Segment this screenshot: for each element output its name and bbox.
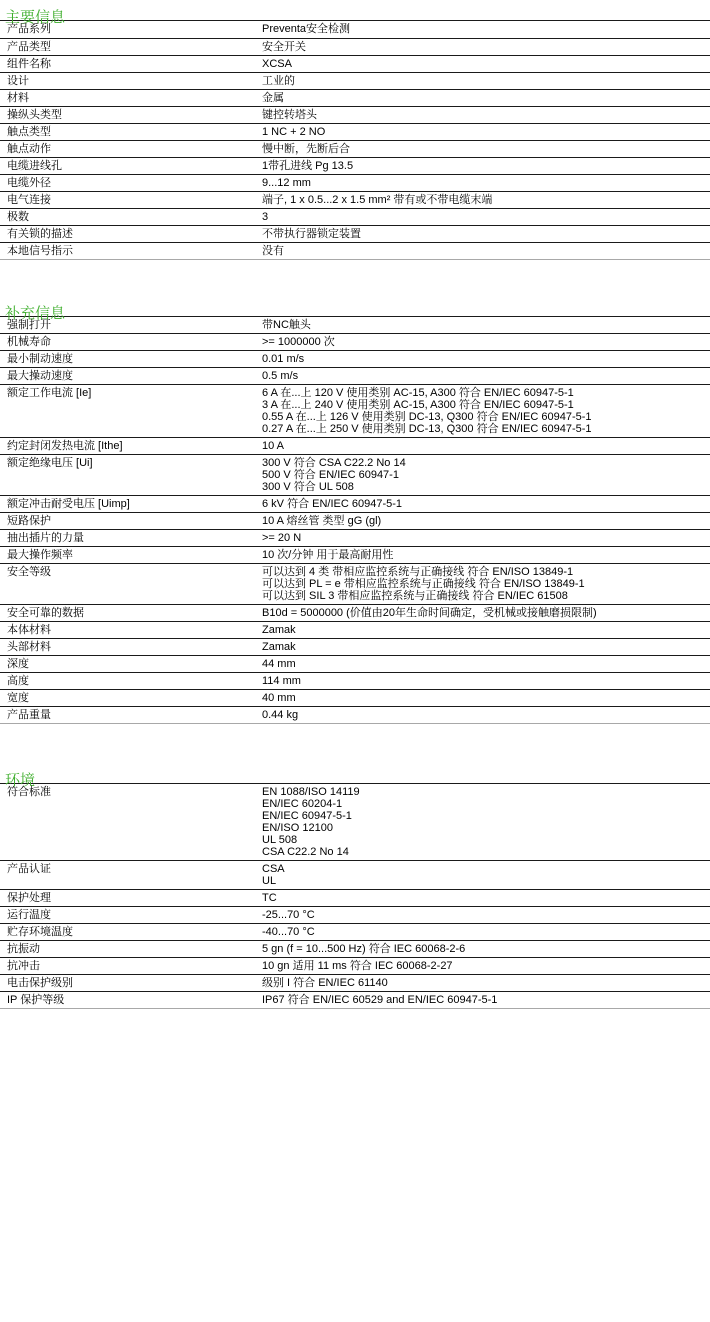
spec-value-line: >= 1000000 次 xyxy=(262,336,710,348)
spec-value-line: 500 V 符合 EN/IEC 60947-1 xyxy=(262,469,710,481)
spec-value: Zamak xyxy=(262,639,710,656)
table-row: 电缆进线孔1带孔进线 Pg 13.5 xyxy=(0,157,710,174)
section-title: 主要信息 xyxy=(0,0,710,21)
spec-value: CSAUL xyxy=(262,861,710,890)
spec-value: 端子, 1 x 0.5...2 x 1.5 mm² 带有或不带电缆末端 xyxy=(262,191,710,208)
spec-value-line: EN/IEC 60204-1 xyxy=(262,798,710,810)
table-row: 最小制动速度0.01 m/s xyxy=(0,351,710,368)
spec-label: 产品类型 xyxy=(0,38,262,55)
spec-label: 头部材料 xyxy=(0,639,262,656)
spec-label: 抗冲击 xyxy=(0,958,262,975)
spec-value-line: 10 gn 适用 11 ms 符合 IEC 60068-2-27 xyxy=(262,960,710,972)
spec-value: Preventa安全检测 xyxy=(262,21,710,38)
spec-value: >= 20 N xyxy=(262,530,710,547)
spec-value-line: 0.44 kg xyxy=(262,709,710,721)
spec-value-line: 3 xyxy=(262,211,710,223)
table-row: 头部材料Zamak xyxy=(0,639,710,656)
spec-value: B10d = 5000000 (价值由20年生命时间确定，受机械或接触磨损限制) xyxy=(262,605,710,622)
table-row: 额定绝缘电压 [Ui]300 V 符合 CSA C22.2 No 14500 V… xyxy=(0,455,710,496)
spec-value-line: 不带执行器锁定装置 xyxy=(262,228,710,240)
table-row: 强制打开带NC触头 xyxy=(0,317,710,334)
spec-label: 运行温度 xyxy=(0,907,262,924)
spec-value-line: 6 kV 符合 EN/IEC 60947-5-1 xyxy=(262,498,710,510)
spec-label: 贮存环境温度 xyxy=(0,924,262,941)
table-row: 额定工作电流 [Ie]6 A 在...上 120 V 使用类别 AC-15, A… xyxy=(0,385,710,438)
spec-value-line: 0.55 A 在...上 126 V 使用类别 DC-13, Q300 符合 E… xyxy=(262,411,710,423)
table-row: 机械寿命>= 1000000 次 xyxy=(0,334,710,351)
table-row: 短路保护10 A 熔丝管 类型 gG (gl) xyxy=(0,513,710,530)
spec-label: 电击保护级别 xyxy=(0,975,262,992)
spec-label: 产品认证 xyxy=(0,861,262,890)
spec-value: 0.44 kg xyxy=(262,707,710,724)
table-row: 本体材料Zamak xyxy=(0,622,710,639)
spec-value: 带NC触头 xyxy=(262,317,710,334)
table-row: 贮存环境温度-40...70 °C xyxy=(0,924,710,941)
spec-value: XCSA xyxy=(262,55,710,72)
spec-label: 安全可靠的数据 xyxy=(0,605,262,622)
table-row: 宽度40 mm xyxy=(0,690,710,707)
section-title: 补充信息 xyxy=(0,296,710,317)
spec-value-line: Zamak xyxy=(262,624,710,636)
spec-label: 机械寿命 xyxy=(0,334,262,351)
spec-value: 慢中断，先断后合 xyxy=(262,140,710,157)
spec-value: 没有 xyxy=(262,242,710,259)
spec-label: 最大操作频率 xyxy=(0,547,262,564)
spec-value-line: -25...70 °C xyxy=(262,909,710,921)
spec-label: 符合标准 xyxy=(0,784,262,861)
table-row: 电击保护级别级别 I 符合 EN/IEC 61140 xyxy=(0,975,710,992)
spec-value: 6 kV 符合 EN/IEC 60947-5-1 xyxy=(262,496,710,513)
section-supplementary-info: 补充信息强制打开带NC触头机械寿命>= 1000000 次最小制动速度0.01 … xyxy=(0,296,710,725)
table-row: 深度44 mm xyxy=(0,656,710,673)
spec-label: 额定绝缘电压 [Ui] xyxy=(0,455,262,496)
spec-value-line: TC xyxy=(262,892,710,904)
spec-value: 40 mm xyxy=(262,690,710,707)
spec-label: 抗振动 xyxy=(0,941,262,958)
spec-value-line: 金属 xyxy=(262,92,710,104)
table-row: 产品认证CSAUL xyxy=(0,861,710,890)
spec-value-line: 工业的 xyxy=(262,75,710,87)
spec-value: 300 V 符合 CSA C22.2 No 14500 V 符合 EN/IEC … xyxy=(262,455,710,496)
table-row: 电气连接端子, 1 x 0.5...2 x 1.5 mm² 带有或不带电缆末端 xyxy=(0,191,710,208)
spec-value-line: 1带孔进线 Pg 13.5 xyxy=(262,160,710,172)
spec-label: 产品系列 xyxy=(0,21,262,38)
spec-value-line: 5 gn (f = 10...500 Hz) 符合 IEC 60068-2-6 xyxy=(262,943,710,955)
spec-value-line: 慢中断，先断后合 xyxy=(262,143,710,155)
table-row: 设计工业的 xyxy=(0,72,710,89)
table-row: 抗振动5 gn (f = 10...500 Hz) 符合 IEC 60068-2… xyxy=(0,941,710,958)
spec-table: 产品系列Preventa安全检测产品类型安全开关组件名称XCSA设计工业的材料金… xyxy=(0,21,710,260)
spec-value-line: IP67 符合 EN/IEC 60529 and EN/IEC 60947-5-… xyxy=(262,994,710,1006)
spec-value-line: 1 NC + 2 NO xyxy=(262,126,710,138)
spec-label: 本体材料 xyxy=(0,622,262,639)
spec-value-line: 可以达到 PL = e 带相应监控系统与正确接线 符合 EN/ISO 13849… xyxy=(262,578,710,590)
spec-value-line: 0.01 m/s xyxy=(262,353,710,365)
spec-value-line: 40 mm xyxy=(262,692,710,704)
spec-value-line: 44 mm xyxy=(262,658,710,670)
spec-label: 强制打开 xyxy=(0,317,262,334)
spec-value-line: 可以达到 4 类 带相应监控系统与正确接线 符合 EN/ISO 13849-1 xyxy=(262,566,710,578)
spec-label: 产品重量 xyxy=(0,707,262,724)
spec-value-line: CSA C22.2 No 14 xyxy=(262,846,710,858)
spec-value: 可以达到 4 类 带相应监控系统与正确接线 符合 EN/ISO 13849-1可… xyxy=(262,564,710,605)
spec-value: 10 A xyxy=(262,438,710,455)
table-row: 运行温度-25...70 °C xyxy=(0,907,710,924)
spec-label: 额定工作电流 [Ie] xyxy=(0,385,262,438)
spec-value-line: 3 A 在...上 240 V 使用类别 AC-15, A300 符合 EN/I… xyxy=(262,399,710,411)
spec-label: 安全等级 xyxy=(0,564,262,605)
spec-value: 安全开关 xyxy=(262,38,710,55)
spec-value: 5 gn (f = 10...500 Hz) 符合 IEC 60068-2-6 xyxy=(262,941,710,958)
table-row: 产品类型安全开关 xyxy=(0,38,710,55)
spec-value: TC xyxy=(262,890,710,907)
spec-value: EN 1088/ISO 14119EN/IEC 60204-1EN/IEC 60… xyxy=(262,784,710,861)
spec-value: 9...12 mm xyxy=(262,174,710,191)
spec-label: 触点动作 xyxy=(0,140,262,157)
table-row: 安全可靠的数据B10d = 5000000 (价值由20年生命时间确定，受机械或… xyxy=(0,605,710,622)
spec-value-line: 10 A 熔丝管 类型 gG (gl) xyxy=(262,515,710,527)
spec-value-line: -40...70 °C xyxy=(262,926,710,938)
spec-value-line: 可以达到 SIL 3 带相应监控系统与正确接线 符合 EN/IEC 61508 xyxy=(262,590,710,602)
spec-value-line: 0.27 A 在...上 250 V 使用类别 DC-13, Q300 符合 E… xyxy=(262,423,710,435)
table-row: 额定冲击耐受电压 [Uimp]6 kV 符合 EN/IEC 60947-5-1 xyxy=(0,496,710,513)
spec-label: 组件名称 xyxy=(0,55,262,72)
table-row: 材料金属 xyxy=(0,89,710,106)
spec-label: 最小制动速度 xyxy=(0,351,262,368)
spec-value-line: 6 A 在...上 120 V 使用类别 AC-15, A300 符合 EN/I… xyxy=(262,387,710,399)
table-row: 最大操作频率10 次/分钟 用于最高耐用性 xyxy=(0,547,710,564)
spec-label: 材料 xyxy=(0,89,262,106)
spec-label: 设计 xyxy=(0,72,262,89)
spec-label: 电缆外径 xyxy=(0,174,262,191)
spec-label: 额定冲击耐受电压 [Uimp] xyxy=(0,496,262,513)
table-row: 电缆外径9...12 mm xyxy=(0,174,710,191)
spec-value: 金属 xyxy=(262,89,710,106)
spec-table: 符合标准EN 1088/ISO 14119EN/IEC 60204-1EN/IE… xyxy=(0,784,710,1009)
spec-label: 电气连接 xyxy=(0,191,262,208)
spec-value: 工业的 xyxy=(262,72,710,89)
spec-value-line: 10 A xyxy=(262,440,710,452)
spec-value: 1 NC + 2 NO xyxy=(262,123,710,140)
table-row: 抽出插片的力量>= 20 N xyxy=(0,530,710,547)
spec-value: 114 mm xyxy=(262,673,710,690)
table-row: 操纵头类型键控转塔头 xyxy=(0,106,710,123)
spec-label: 保护处理 xyxy=(0,890,262,907)
spec-value-line: 10 次/分钟 用于最高耐用性 xyxy=(262,549,710,561)
spec-label: 最大操动速度 xyxy=(0,368,262,385)
table-row: 触点动作慢中断，先断后合 xyxy=(0,140,710,157)
spec-value: IP67 符合 EN/IEC 60529 and EN/IEC 60947-5-… xyxy=(262,992,710,1009)
spec-value: 0.01 m/s xyxy=(262,351,710,368)
spec-value: 6 A 在...上 120 V 使用类别 AC-15, A300 符合 EN/I… xyxy=(262,385,710,438)
section-title: 环境 xyxy=(0,763,710,784)
spec-value: -40...70 °C xyxy=(262,924,710,941)
spec-value: 44 mm xyxy=(262,656,710,673)
section-environment: 环境符合标准EN 1088/ISO 14119EN/IEC 60204-1EN/… xyxy=(0,763,710,1009)
spec-table: 强制打开带NC触头机械寿命>= 1000000 次最小制动速度0.01 m/s最… xyxy=(0,317,710,725)
spec-label: 抽出插片的力量 xyxy=(0,530,262,547)
spec-value: 1带孔进线 Pg 13.5 xyxy=(262,157,710,174)
spec-value-line: UL 508 xyxy=(262,834,710,846)
spec-value-line: CSA xyxy=(262,863,710,875)
spec-value-line: >= 20 N xyxy=(262,532,710,544)
spec-label: 短路保护 xyxy=(0,513,262,530)
spec-label: 电缆进线孔 xyxy=(0,157,262,174)
table-row: 产品重量0.44 kg xyxy=(0,707,710,724)
spec-value: 键控转塔头 xyxy=(262,106,710,123)
spec-label: 极数 xyxy=(0,208,262,225)
table-row: 高度114 mm xyxy=(0,673,710,690)
table-row: 产品系列Preventa安全检测 xyxy=(0,21,710,38)
spec-value: -25...70 °C xyxy=(262,907,710,924)
spec-label: 触点类型 xyxy=(0,123,262,140)
spec-value-line: XCSA xyxy=(262,58,710,70)
spec-value-line: 没有 xyxy=(262,245,710,257)
spec-value-line: UL xyxy=(262,875,710,887)
table-row: 本地信号指示没有 xyxy=(0,242,710,259)
spec-label: 深度 xyxy=(0,656,262,673)
section-spacer xyxy=(0,724,710,763)
spec-label: IP 保护等级 xyxy=(0,992,262,1009)
product-datasheet: 主要信息产品系列Preventa安全检测产品类型安全开关组件名称XCSA设计工业… xyxy=(0,0,710,1009)
spec-value: 10 A 熔丝管 类型 gG (gl) xyxy=(262,513,710,530)
table-row: 符合标准EN 1088/ISO 14119EN/IEC 60204-1EN/IE… xyxy=(0,784,710,861)
table-row: 安全等级可以达到 4 类 带相应监控系统与正确接线 符合 EN/ISO 1384… xyxy=(0,564,710,605)
table-row: 组件名称XCSA xyxy=(0,55,710,72)
spec-value-line: EN/ISO 12100 xyxy=(262,822,710,834)
spec-value: 10 gn 适用 11 ms 符合 IEC 60068-2-27 xyxy=(262,958,710,975)
table-row: 极数3 xyxy=(0,208,710,225)
spec-value: 级别 I 符合 EN/IEC 61140 xyxy=(262,975,710,992)
spec-value-line: 0.5 m/s xyxy=(262,370,710,382)
spec-value-line: Preventa安全检测 xyxy=(262,23,710,35)
spec-value: 不带执行器锁定装置 xyxy=(262,225,710,242)
spec-value-line: EN 1088/ISO 14119 xyxy=(262,786,710,798)
spec-value-line: 键控转塔头 xyxy=(262,109,710,121)
spec-value-line: 300 V 符合 UL 508 xyxy=(262,481,710,493)
spec-value-line: B10d = 5000000 (价值由20年生命时间确定，受机械或接触磨损限制) xyxy=(262,607,710,619)
table-row: 抗冲击10 gn 适用 11 ms 符合 IEC 60068-2-27 xyxy=(0,958,710,975)
spec-label: 本地信号指示 xyxy=(0,242,262,259)
spec-value-line: 9...12 mm xyxy=(262,177,710,189)
spec-label: 宽度 xyxy=(0,690,262,707)
table-row: 有关锁的描述不带执行器锁定装置 xyxy=(0,225,710,242)
spec-value-line: 114 mm xyxy=(262,675,710,687)
section-spacer xyxy=(0,260,710,296)
spec-value: >= 1000000 次 xyxy=(262,334,710,351)
spec-label: 约定封闭发热电流 [Ithe] xyxy=(0,438,262,455)
table-row: 最大操动速度0.5 m/s xyxy=(0,368,710,385)
table-row: IP 保护等级IP67 符合 EN/IEC 60529 and EN/IEC 6… xyxy=(0,992,710,1009)
table-row: 触点类型1 NC + 2 NO xyxy=(0,123,710,140)
spec-value: 0.5 m/s xyxy=(262,368,710,385)
spec-value-line: 300 V 符合 CSA C22.2 No 14 xyxy=(262,457,710,469)
spec-value: Zamak xyxy=(262,622,710,639)
spec-value-line: 安全开关 xyxy=(262,41,710,53)
spec-value-line: EN/IEC 60947-5-1 xyxy=(262,810,710,822)
section-main-info: 主要信息产品系列Preventa安全检测产品类型安全开关组件名称XCSA设计工业… xyxy=(0,0,710,260)
table-row: 保护处理TC xyxy=(0,890,710,907)
spec-label: 有关锁的描述 xyxy=(0,225,262,242)
spec-value-line: 级别 I 符合 EN/IEC 61140 xyxy=(262,977,710,989)
spec-value: 10 次/分钟 用于最高耐用性 xyxy=(262,547,710,564)
spec-label: 操纵头类型 xyxy=(0,106,262,123)
spec-value-line: Zamak xyxy=(262,641,710,653)
spec-value-line: 端子, 1 x 0.5...2 x 1.5 mm² 带有或不带电缆末端 xyxy=(262,194,710,206)
table-row: 约定封闭发热电流 [Ithe]10 A xyxy=(0,438,710,455)
spec-value-line: 带NC触头 xyxy=(262,319,710,331)
spec-label: 高度 xyxy=(0,673,262,690)
spec-value: 3 xyxy=(262,208,710,225)
